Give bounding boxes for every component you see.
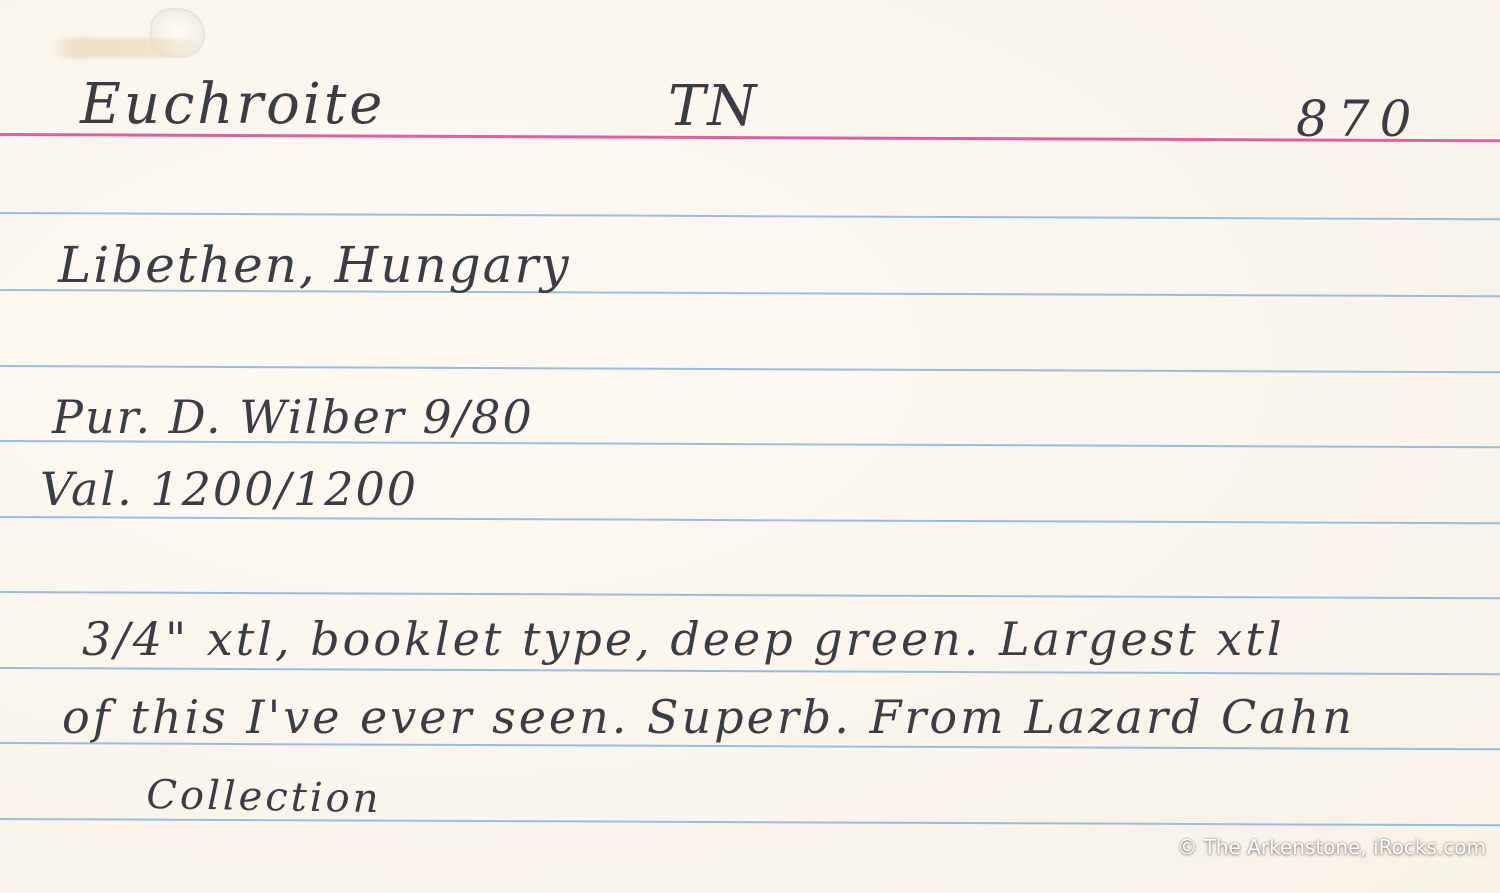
ruled-line bbox=[0, 516, 1500, 524]
tape-residue bbox=[52, 38, 202, 58]
catalog-number: 870 bbox=[1296, 90, 1421, 148]
copyright-watermark: © The Arkenstone, iRocks.com bbox=[1177, 835, 1486, 859]
purchase-info: Pur. D. Wilber 9/80 bbox=[52, 390, 534, 444]
index-card: Euchroite TN 870 Libethen, Hungary Pur. … bbox=[0, 0, 1500, 893]
description-line-3: Collection bbox=[146, 772, 382, 822]
ruled-line bbox=[0, 365, 1500, 373]
locality: Libethen, Hungary bbox=[58, 236, 571, 294]
mineral-name: Euchroite bbox=[80, 72, 385, 137]
description-line-1: 3/4" xtl, booklet type, deep green. Larg… bbox=[82, 612, 1285, 666]
description-line-2: of this I've ever seen. Superb. From Laz… bbox=[62, 690, 1355, 744]
dealer-code: TN bbox=[668, 74, 758, 139]
ruled-line bbox=[0, 667, 1500, 675]
value-info: Val. 1200/1200 bbox=[40, 462, 418, 516]
ruled-line bbox=[0, 212, 1500, 220]
ruled-line bbox=[0, 591, 1500, 599]
